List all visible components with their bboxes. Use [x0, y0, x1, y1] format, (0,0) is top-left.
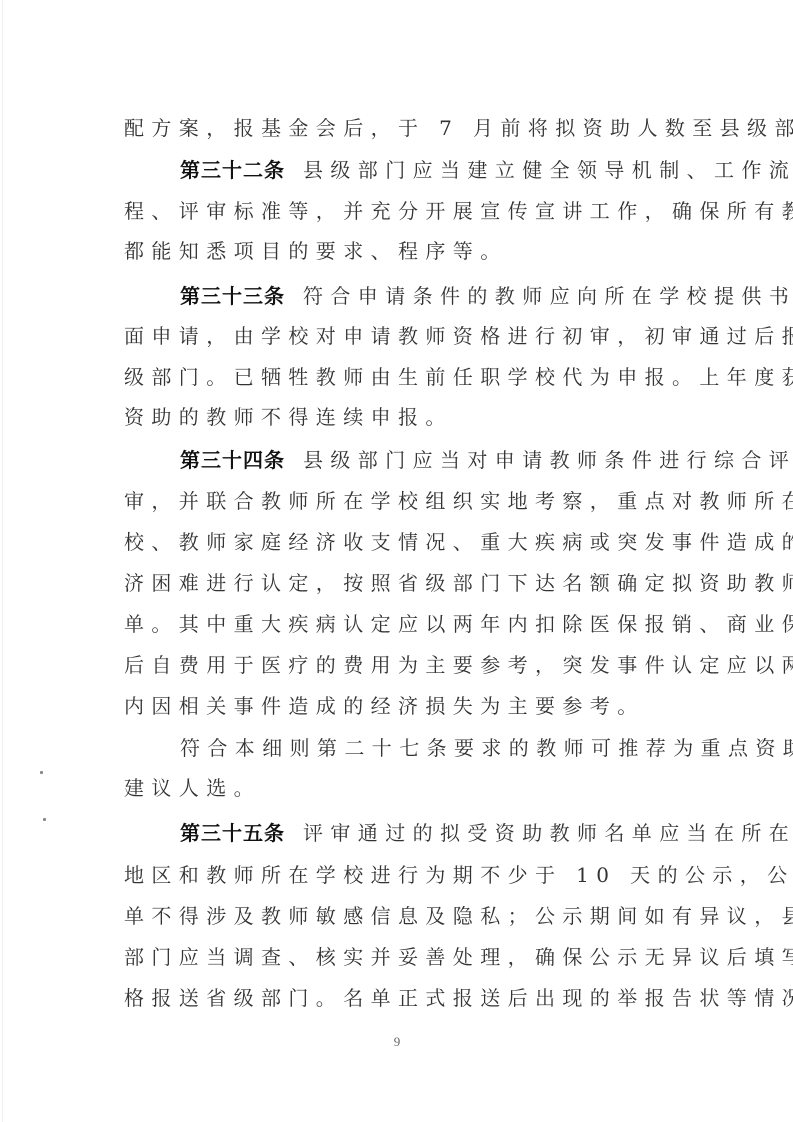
text-line: 都能知悉项目的要求、程序等。 [124, 236, 692, 266]
text-line: 部门应当调查、核实并妥善处理，确保公示无异议后填写表 [124, 942, 692, 972]
text-line: 配方案，报基金会后，于 7 月前将拟资助人数至县级部门。 [124, 113, 692, 143]
text-line: 单不得涉及教师敏感信息及隐私；公示期间如有异议，县级 [124, 901, 692, 931]
text-line: 建议人选。 [124, 773, 692, 803]
page-edge [2, 0, 3, 1122]
text-line: 济困难进行认定，按照省级部门下达名额确定拟资助教师名 [124, 568, 692, 598]
article-33-heading-line: 第三十三条符合申请条件的教师应向所在学校提供书 [180, 281, 692, 311]
text-line: 单。其中重大疾病认定应以两年内扣除医保报销、商业保险 [124, 609, 692, 639]
text-line: 审，并联合教师所在学校组织实地考察，重点对教师所在学 [124, 486, 692, 516]
article-34-heading-line: 第三十四条县级部门应当对申请教师条件进行综合评 [180, 445, 692, 475]
text-line: 校、教师家庭经济收支情况、重大疾病或突发事件造成的经 [124, 527, 692, 557]
scan-speck [43, 818, 46, 821]
article-32-heading-line: 第三十二条县级部门应当建立健全领导机制、工作流 [180, 155, 692, 185]
text-line: 程、评审标准等，并充分开展宣传宣讲工作，确保所有教师 [124, 196, 692, 226]
article-number: 第三十五条 [180, 821, 285, 845]
text-line: 资助的教师不得连续申报。 [124, 402, 692, 432]
text-line: 面申请，由学校对申请教师资格进行初审，初审通过后报县 [124, 321, 692, 351]
article-number: 第三十二条 [180, 158, 285, 182]
text-line: 内因相关事件造成的经济损失为主要参考。 [124, 691, 692, 721]
text-line: 后自费用于医疗的费用为主要参考，突发事件认定应以两年 [124, 650, 692, 680]
scan-speck [40, 771, 43, 774]
text-line: 地区和教师所在学校进行为期不少于 10 天的公示，公示名 [124, 860, 692, 890]
article-number: 第三十四条 [180, 448, 285, 472]
page-number: 9 [390, 1034, 404, 1050]
article-number: 第三十三条 [180, 284, 285, 308]
text-line: 级部门。已牺牲教师由生前任职学校代为申报。上年度获得 [124, 362, 692, 392]
document-page: 配方案，报基金会后，于 7 月前将拟资助人数至县级部门。 第三十二条县级部门应当… [0, 0, 793, 1122]
text-line: 符合本细则第二十七条要求的教师可推荐为重点资助 [180, 733, 692, 763]
article-35-heading-line: 第三十五条评审通过的拟受资助教师名单应当在所在 [180, 818, 692, 848]
text-line: 格报送省级部门。名单正式报送后出现的举报告状等情况， [124, 983, 692, 1013]
